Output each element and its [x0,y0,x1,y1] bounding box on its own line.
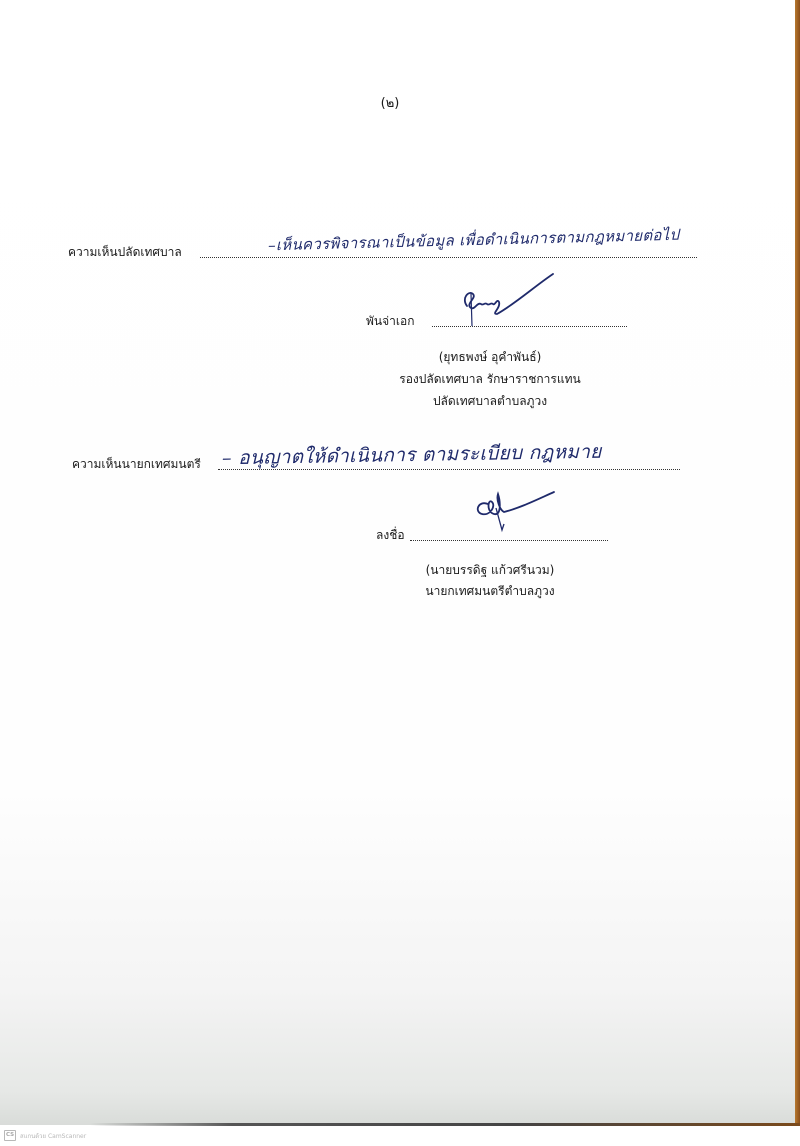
clerk-signature [455,268,565,328]
clerk-opinion-label: ความเห็นปลัดเทศบาล [68,245,182,259]
watermark-text: สแกนด้วย CamScanner [20,1131,86,1141]
clerk-signer-position-2: ปลัดเทศบาลตำบลภูวง [380,394,600,408]
footer-strip [0,1126,800,1146]
camscanner-logo-icon: CS [4,1130,16,1141]
page-right-edge [795,0,800,1125]
clerk-signer-name: (ยุทธพงษ์ อุคำพันธ์) [380,350,600,364]
clerk-signature-prefix: พันจ่าเอก [366,314,414,328]
mayor-signer-position: นายกเทศมนตรีตำบลภูวง [390,584,590,598]
mayor-signature-prefix: ลงชื่อ [376,528,405,542]
mayor-signature [470,486,560,536]
camscanner-watermark: CS สแกนด้วย CamScanner [4,1130,86,1141]
mayor-opinion-label: ความเห็นนายกเทศมนตรี [72,457,201,471]
page-number: (๒) [360,97,420,111]
mayor-signer-name: (นายบรรดิฐ แก้วศรีนวม) [390,563,590,577]
clerk-signer-position-1: รองปลัดเทศบาล รักษาราชการแทน [380,372,600,386]
mayor-signature-dotted-line [410,540,608,541]
